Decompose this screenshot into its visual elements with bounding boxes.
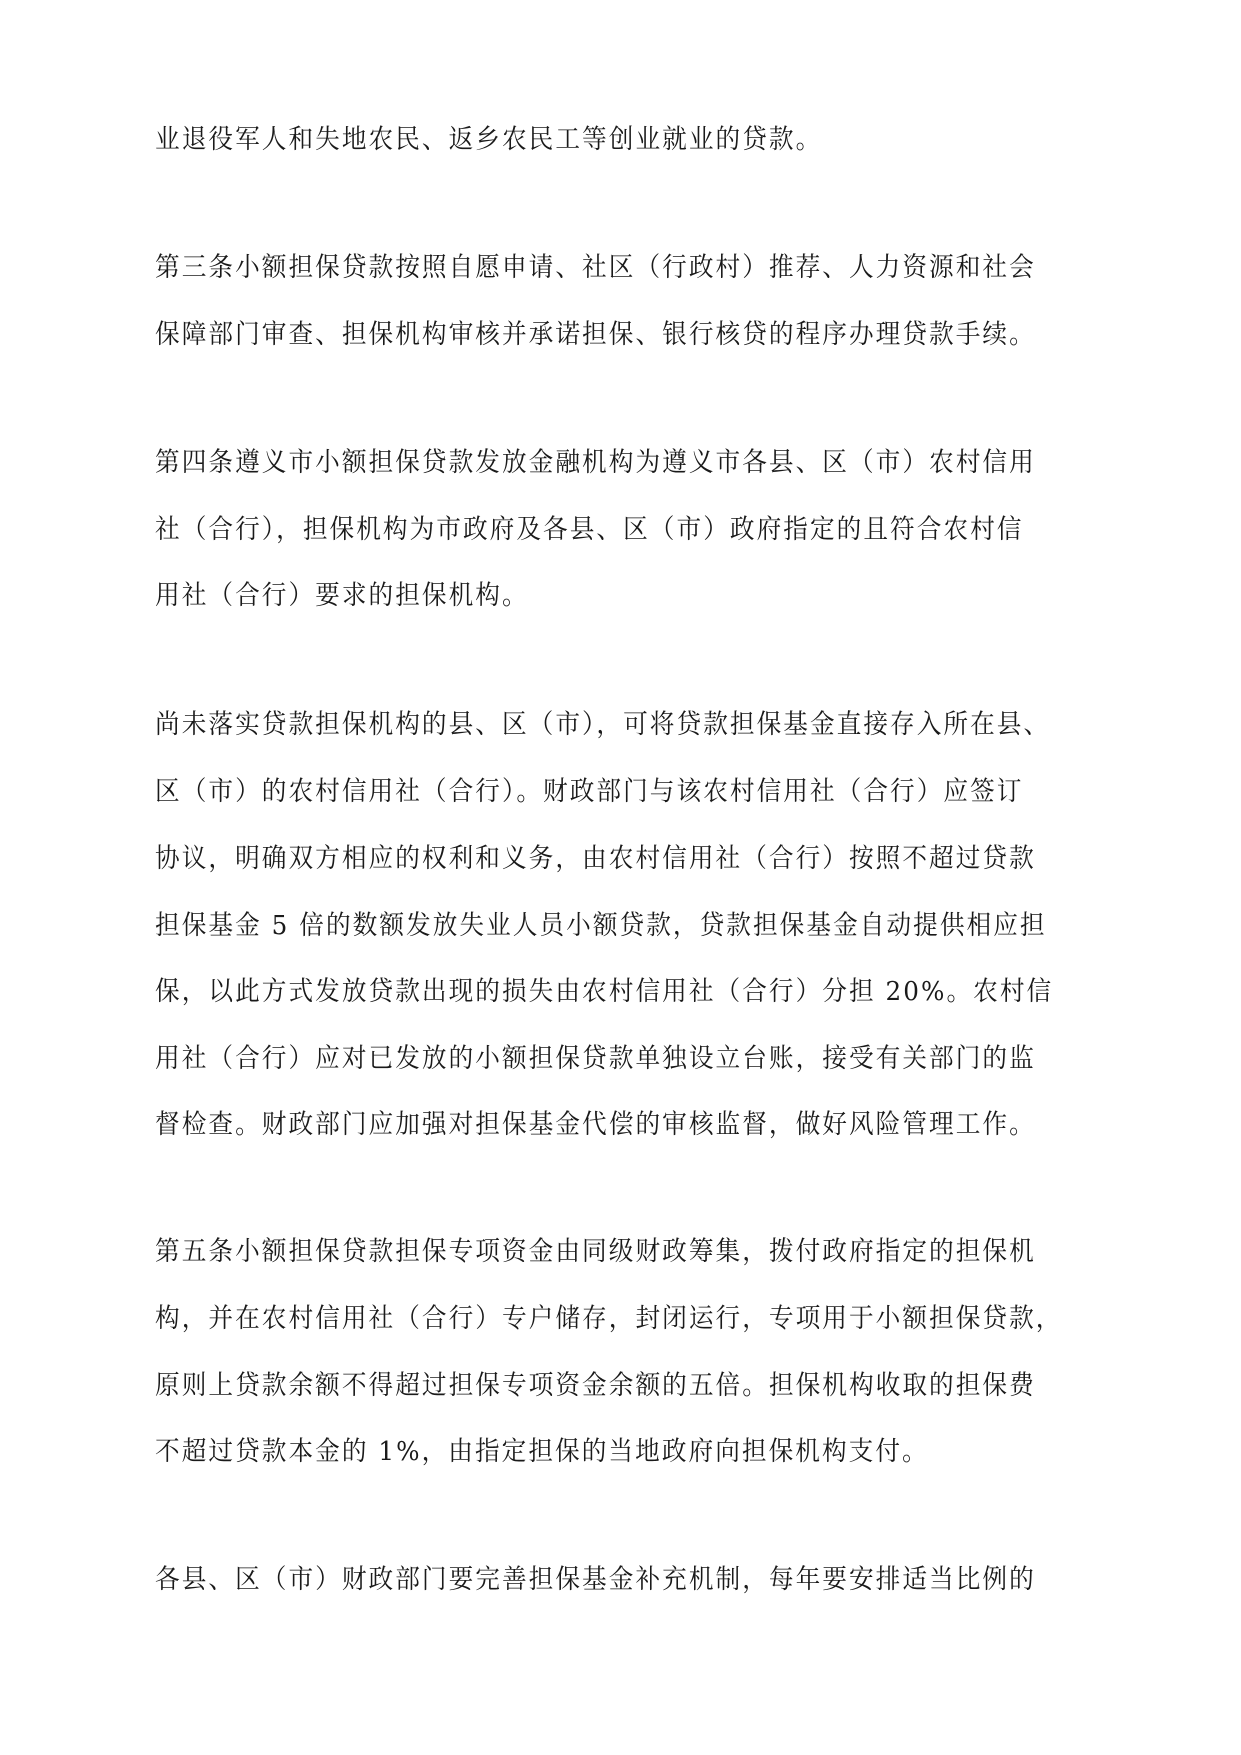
text-line: 用社（合行）要求的担保机构。 [155,578,1048,614]
text-line: 保障部门审查、担保机构审核并承诺担保、银行核贷的程序办理贷款手续。 [155,317,1048,353]
text-line: 业退役军人和失地农民、返乡农民工等创业就业的贷款。 [155,122,1048,158]
text-line: 构，并在农村信用社（合行）专户储存，封闭运行，专项用于小额担保贷款， [155,1301,1048,1337]
text-line: 尚未落实贷款担保机构的县、区（市），可将贷款担保基金直接存入所在县、 [155,707,1048,743]
text-line: 保，以此方式发放贷款出现的损失由农村信用社（合行）分担 20%。农村信 [155,974,1048,1010]
text-line: 第四条遵义市小额担保贷款发放金融机构为遵义市各县、区（市）农村信用 [155,445,1048,481]
text-line: 用社（合行）应对已发放的小额担保贷款单独设立台账，接受有关部门的监 [155,1041,1048,1077]
text-line: 原则上贷款余额不得超过担保专项资金余额的五倍。担保机构收取的担保费 [155,1368,1048,1404]
document-page: 业退役军人和失地农民、返乡农民工等创业就业的贷款。 第三条小额担保贷款按照自愿申… [0,0,1241,1755]
text-line: 督检查。财政部门应加强对担保基金代偿的审核监督，做好风险管理工作。 [155,1107,1048,1143]
text-line: 各县、区（市）财政部门要完善担保基金补充机制，每年要安排适当比例的 [155,1562,1048,1598]
text-line: 社（合行），担保机构为市政府及各县、区（市）政府指定的且符合农村信 [155,512,1048,548]
text-line: 第五条小额担保贷款担保专项资金由同级财政筹集，拨付政府指定的担保机 [155,1234,1048,1270]
text-line: 担保基金 5 倍的数额发放失业人员小额贷款，贷款担保基金自动提供相应担 [155,908,1048,944]
text-line: 区（市）的农村信用社（合行）。财政部门与该农村信用社（合行）应签订 [155,774,1048,810]
text-line: 协议，明确双方相应的权利和义务，由农村信用社（合行）按照不超过贷款 [155,841,1048,877]
text-line: 第三条小额担保贷款按照自愿申请、社区（行政村）推荐、人力资源和社会 [155,250,1048,286]
text-line: 不超过贷款本金的 1%，由指定担保的当地政府向担保机构支付。 [155,1434,1048,1470]
